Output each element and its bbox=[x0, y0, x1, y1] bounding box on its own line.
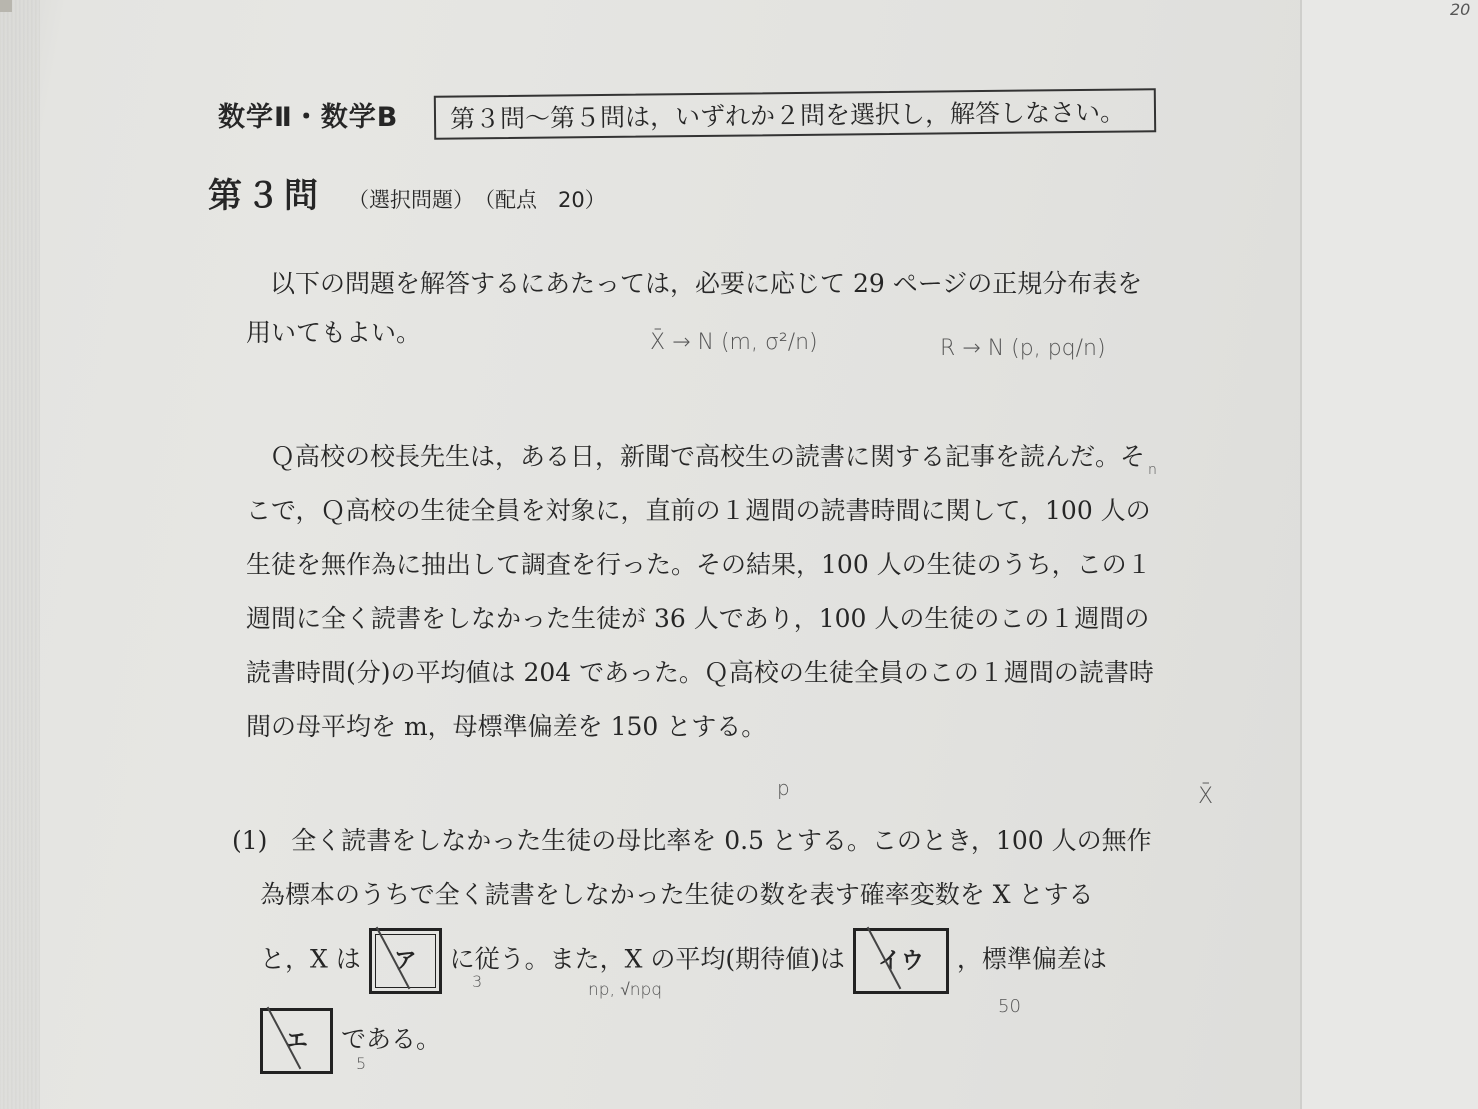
question-type: （選択問題） bbox=[348, 184, 474, 214]
part-1-line-2: 為標本のうちで全く読書をしなかった生徒の数を表す確率変数を X とする bbox=[260, 868, 1222, 922]
handwritten-p-mark: p bbox=[777, 776, 790, 800]
part-1-text: に従う。また，X の平均(期待値)は bbox=[450, 945, 845, 974]
part-1-text: ，標準偏差は bbox=[957, 945, 1107, 974]
answer-box-label: ア bbox=[394, 948, 417, 974]
part-1-text: と，X は bbox=[260, 945, 361, 974]
answer-box-iu[interactable]: イウ bbox=[853, 928, 949, 994]
answer-box-e[interactable]: エ bbox=[260, 1008, 333, 1074]
part-1-line-3: と，X は ア に従う。また，X の平均(期待値)は イウ ，標準偏差は bbox=[260, 928, 1222, 994]
body-line: 生徒を無作為に抽出して調査を行った。その結果，100 人の生徒のうち，この１ bbox=[246, 538, 1236, 592]
part-1-text: 全く読書をしなかった生徒の母比率を 0.5 とする。このとき，100 人の無作 bbox=[291, 826, 1151, 855]
handwritten-xbar-mark: X̄ bbox=[1198, 784, 1213, 809]
page-stack-edge bbox=[0, 0, 40, 1109]
next-page-edge: 20 bbox=[1300, 0, 1478, 1109]
corner-tab bbox=[0, 0, 12, 12]
body-line: Ｑ高校の校長先生は，ある日，新聞で高校生の読書に関する記事を読んだ。そ bbox=[270, 430, 1236, 484]
subject-title: 数学Ⅱ・数学B bbox=[218, 95, 398, 134]
instruction-box: 第３問～第５問は，いずれか２問を選択し，解答しなさい。 bbox=[434, 88, 1156, 140]
handwritten-page-number: 20 bbox=[1450, 0, 1470, 19]
exam-header: 数学Ⅱ・数学B 第３問～第５問は，いずれか２問を選択し，解答しなさい。 bbox=[218, 92, 1156, 136]
part-label: (1) bbox=[232, 826, 267, 855]
handwritten-note-3: 3 bbox=[472, 972, 482, 991]
part-1: (1) 全く読書をしなかった生徒の母比率を 0.5 とする。このとき，100 人… bbox=[232, 814, 1222, 1074]
answer-box-a[interactable]: ア bbox=[369, 928, 442, 994]
body-paragraph: Ｑ高校の校長先生は，ある日，新聞で高校生の読書に関する記事を読んだ。そ こで，Ｑ… bbox=[246, 430, 1236, 754]
part-1-line-4: エ である。 bbox=[260, 1008, 1222, 1074]
question-number: 第３問 bbox=[208, 168, 322, 217]
handwritten-formula-xbar: X̄ → N (m, σ²/n) bbox=[650, 330, 818, 355]
part-1-line-1: (1) 全く読書をしなかった生徒の母比率を 0.5 とする。このとき，100 人… bbox=[232, 814, 1222, 868]
body-line: 週間に全く読書をしなかった生徒が 36 人であり，100 人の生徒のこの１週間の bbox=[246, 592, 1236, 646]
handwritten-note-npq: np, √npq bbox=[588, 980, 662, 1000]
question-heading: 第３問 （選択問題） （配点 20） bbox=[208, 168, 606, 217]
handwritten-note-50: 50 bbox=[998, 996, 1021, 1017]
question-points: （配点 20） bbox=[474, 184, 606, 214]
handwritten-note-5: 5 bbox=[356, 1054, 366, 1073]
handwritten-formula-r: R → N (p, pq/n) bbox=[940, 336, 1106, 361]
body-line: こで，Ｑ高校の生徒全員を対象に，直前の１週間の読書時間に関して，100 人の bbox=[246, 484, 1236, 538]
intro-line: 以下の問題を解答するにあたっては，必要に応じて 29 ページの正規分布表を bbox=[270, 268, 1236, 299]
body-line: 間の母平均を m，母標準偏差を 150 とする。 bbox=[246, 700, 1236, 754]
body-line: 読書時間(分)の平均値は 204 であった。Ｑ高校の生徒全員のこの１週間の読書時 bbox=[246, 646, 1236, 700]
part-1-text: である。 bbox=[341, 1025, 441, 1054]
